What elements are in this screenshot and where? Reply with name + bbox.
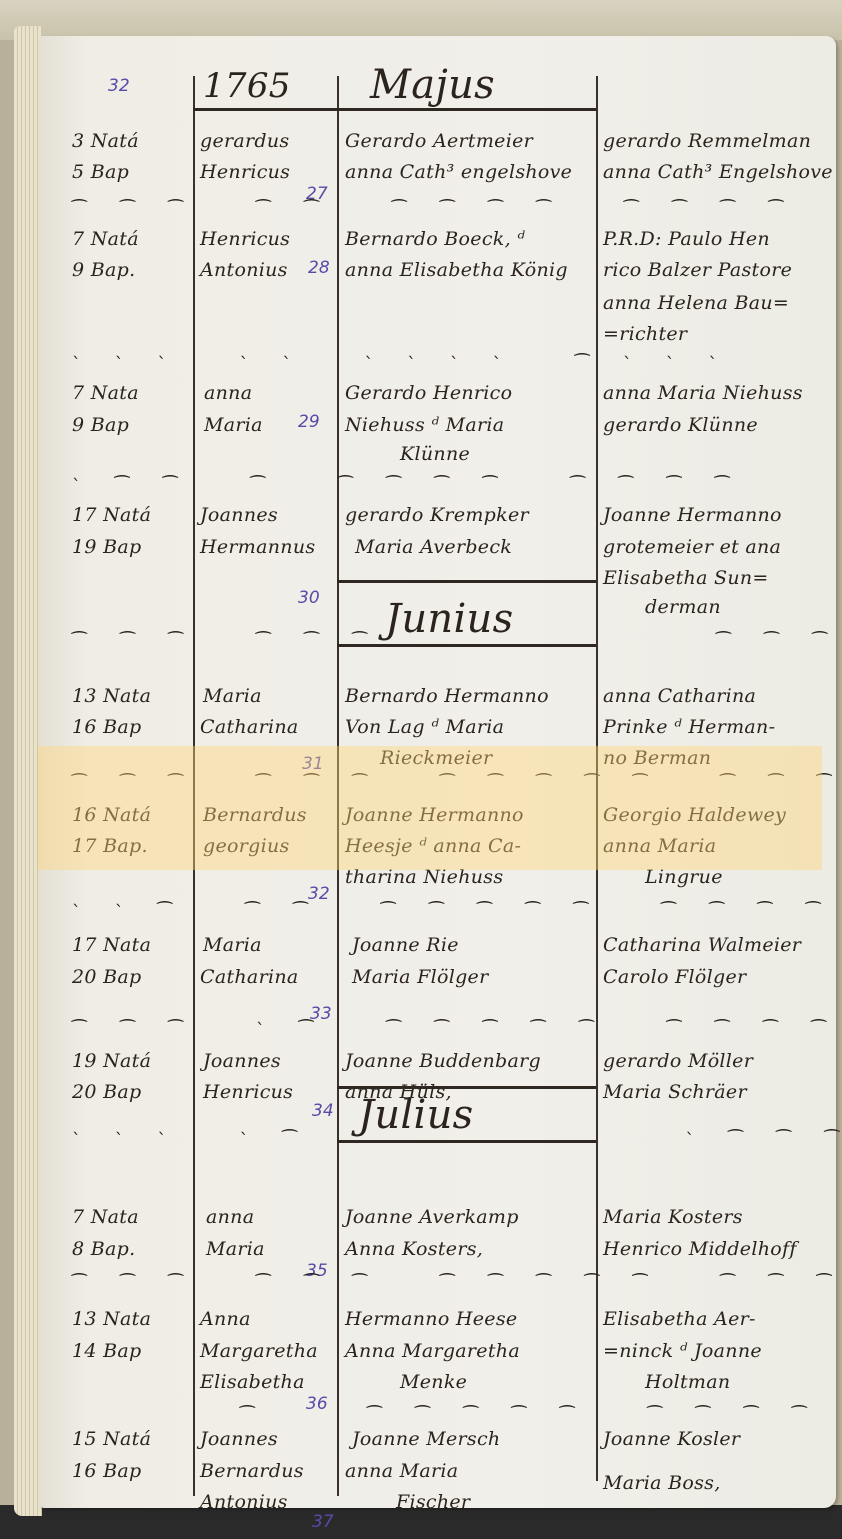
separator-dashes: ⁀ ⁀ ⁀ ⁀ ⁀ ⁀ ⁀ ⁀ ⁀ ⁀ ⁀ ⁀ ⁀ ⁀ ⁀: [72, 774, 842, 795]
entry-parents: Von Lag ᵈ Maria: [345, 712, 504, 743]
entry-parents: Gerardo Aertmeier: [345, 126, 533, 157]
separator-dashes: ˋ ⁀ ⁀ ⁀ ⁀ ⁀ ⁀ ⁀ ⁀ ⁀ ⁀ ⁀: [72, 476, 743, 497]
entry-parents: Hermanno Heese: [345, 1304, 517, 1335]
entry-child-name: Maria: [203, 930, 262, 961]
separator-dashes: ⁀ ⁀ ⁀ ⁀ ⁀ ⁀ ⁀ ⁀ ⁀ ⁀ ⁀ ⁀ ⁀ ⁀ ⁀: [72, 1274, 842, 1295]
entry-parents: Anna Margaretha: [345, 1336, 520, 1367]
entry-parents: Maria Flölger: [352, 962, 488, 993]
entry-parents: gerardo Krempker: [345, 500, 529, 531]
entry-godparents: rico Balzer Pastore: [603, 255, 792, 286]
entry-godparents: Maria Kosters: [603, 1202, 743, 1233]
entry-date-baptism: 16 Bap: [72, 1456, 141, 1487]
year-heading: 1765: [203, 66, 291, 106]
entry-godparents: anna Cath³ Engelshove: [603, 157, 833, 188]
entry-child-name: Elisabetha: [200, 1367, 305, 1398]
entry-child-name: Henricus: [200, 157, 290, 188]
entry-godparents: gerardo Remmelman: [603, 126, 811, 157]
entry-child-name: Antonius: [200, 1487, 288, 1518]
entry-parents: Bernardo Hermanno: [345, 681, 549, 712]
entry-child-name: Henricus: [203, 1077, 293, 1108]
entry-godparents: Elisabetha Aer-: [603, 1304, 756, 1335]
entry-godparents: =ninck ᵈ Joanne: [603, 1336, 762, 1367]
header-rule: [193, 108, 596, 111]
entry-godparents: anna Maria Niehuss: [603, 378, 803, 409]
entry-parents: Anna Kosters,: [345, 1234, 483, 1265]
entry-child-name: Margaretha: [200, 1336, 318, 1367]
entry-date-birth: 17 Nata: [72, 930, 151, 961]
entry-folio-number: 34: [312, 1101, 334, 1121]
entry-child-name: Joannes: [203, 1046, 281, 1077]
entry-child-name: anna: [206, 1202, 254, 1233]
entry-godparents: Georgio Haldewey: [603, 800, 786, 831]
entry-date-birth: 7 Natá: [72, 224, 139, 255]
julius-rule-top: [337, 1086, 596, 1089]
entry-godparents: Prinke ᵈ Herman-: [603, 712, 775, 743]
entry-child-name: Anna: [200, 1304, 251, 1335]
entry-godparents: Maria Boss,: [603, 1468, 721, 1499]
entry-child-name: Antonius: [200, 255, 288, 286]
month-heading-majus: Majus: [370, 62, 495, 108]
entry-date-birth: 13 Nata: [72, 1304, 151, 1335]
entry-godparents: no Berman: [603, 743, 711, 774]
entry-date-birth: 15 Natá: [72, 1424, 151, 1455]
entry-date-birth: 16 Natá: [72, 800, 151, 831]
separator-dashes: ˋ ˋ ˋ ˋ ˋ ˋ ˋ ˋ ˋ ⁀ ˋ ˋ ˋ: [72, 354, 731, 375]
entry-parents: Gerardo Henrico: [345, 378, 512, 409]
entry-folio-number: 37: [312, 1512, 334, 1532]
entry-date-baptism: 19 Bap: [72, 532, 141, 563]
entry-parents: Klünne: [400, 439, 470, 470]
entry-godparents: Joanne Kosler: [603, 1424, 740, 1455]
entry-godparents: Catharina Walmeier: [603, 930, 801, 961]
entry-godparents: derman: [645, 592, 721, 623]
entry-date-birth: 7 Nata: [72, 1202, 139, 1233]
entry-godparents: Carolo Flölger: [603, 962, 746, 993]
entry-godparents: Elisabetha Sun=: [603, 563, 769, 594]
entry-date-baptism: 14 Bap: [72, 1336, 141, 1367]
entry-folio-number: 32: [308, 884, 330, 904]
entry-godparents: anna Maria: [603, 831, 716, 862]
entry-parents: Joanne Rie: [352, 930, 459, 961]
entry-parents: Joanne Averkamp: [345, 1202, 519, 1233]
entry-date-birth: 3 Natá: [72, 126, 139, 157]
entry-child-name: Joannes: [200, 500, 278, 531]
entry-parents: anna Elisabetha König: [345, 255, 568, 286]
separator-dashes: ˋ ˋ ⁀ ⁀ ⁀ ⁀ ⁀ ⁀ ⁀ ⁀ ⁀ ⁀ ⁀ ⁀: [72, 902, 834, 923]
entry-parents: Maria Averbeck: [355, 532, 512, 563]
junius-rule-top: [337, 580, 596, 583]
page-folio-number: 32: [108, 76, 130, 96]
entry-parents: tharina Niehuss: [345, 862, 503, 893]
entry-date-baptism: 17 Bap.: [72, 831, 148, 862]
entry-parents: anna Maria: [345, 1456, 458, 1487]
entry-parents: Menke: [400, 1367, 467, 1398]
entry-parents: Heesje ᵈ anna Ca-: [345, 831, 521, 862]
entry-child-name: gerardus: [200, 126, 289, 157]
entry-godparents: gerardo Klünne: [603, 410, 758, 441]
entry-date-baptism: 9 Bap: [72, 410, 129, 441]
entry-parents: Rieckmeier: [380, 743, 492, 774]
entry-date-baptism: 20 Bap: [72, 962, 141, 993]
entry-date-baptism: 16 Bap: [72, 712, 141, 743]
entry-child-name: Catharina: [200, 712, 299, 743]
entry-parents: Joanne Buddenbarg: [345, 1046, 541, 1077]
entry-date-baptism: 9 Bap.: [72, 255, 135, 286]
entry-date-birth: 19 Natá: [72, 1046, 151, 1077]
entry-child-name: Hermannus: [200, 532, 315, 563]
entry-parents: Niehuss ᵈ Maria: [345, 410, 504, 441]
entry-godparents: Henrico Middelhoff: [603, 1234, 797, 1265]
entry-godparents: Joanne Hermanno: [603, 500, 782, 531]
separator-dashes: ⁀ ⁀ ⁀ ˋ ⁀ ⁀ ⁀ ⁀ ⁀ ⁀ ⁀ ⁀ ⁀ ⁀: [72, 1020, 840, 1041]
entry-date-birth: 13 Nata: [72, 681, 151, 712]
entry-child-name: Bernardus: [200, 1456, 304, 1487]
page-stack-edge: [14, 26, 42, 1516]
entry-godparents: Maria Schräer: [603, 1077, 747, 1108]
entry-child-name: Maria: [203, 681, 262, 712]
entry-godparents: Lingrue: [645, 862, 723, 893]
entry-godparents: =richter: [603, 319, 687, 350]
entry-date-baptism: 20 Bap: [72, 1077, 141, 1108]
entry-date-birth: 17 Natá: [72, 500, 151, 531]
entry-date-birth: 7 Nata: [72, 378, 139, 409]
entry-godparents: gerardo Möller: [603, 1046, 753, 1077]
entry-parents: Bernardo Boeck, ᵈ: [345, 224, 525, 255]
entry-date-baptism: 8 Bap.: [72, 1234, 135, 1265]
entry-godparents: Holtman: [645, 1367, 730, 1398]
entry-child-name: Henricus: [200, 224, 290, 255]
scanner-backdrop-top: [0, 0, 842, 40]
entry-parents: Joanne Mersch: [352, 1424, 500, 1455]
entry-child-name: Catharina: [200, 962, 299, 993]
entry-folio-number: 30: [298, 588, 320, 608]
entry-folio-number: 31: [302, 754, 324, 774]
entry-folio-number: 28: [308, 258, 330, 278]
entry-parents: anna Cath³ engelshove: [345, 157, 572, 188]
register-page: 32 1765 Majus 3 Natá 5 Bap gerardus Henr…: [40, 36, 836, 1508]
entry-child-name: Maria: [204, 410, 263, 441]
separator-dashes: ˋ ˋ ˋ ˋ ⁀ ˋ ⁀ ⁀ ⁀: [72, 1130, 842, 1151]
separator-dashes: ⁀ ⁀ ⁀ ⁀ ⁀ ⁀ ⁀ ⁀ ⁀ ⁀ ⁀ ⁀ ⁀: [72, 200, 797, 221]
separator-dashes: ⁀ ⁀ ⁀ ⁀ ⁀ ⁀ ⁀ ⁀ ⁀ ⁀: [72, 632, 842, 653]
entry-child-name: Bernardus: [203, 800, 307, 831]
entry-godparents: grotemeier et ana: [603, 532, 781, 563]
entry-godparents: P.R.D: Paulo Hen: [603, 224, 770, 255]
entry-godparents: anna Catharina: [603, 681, 756, 712]
entry-child-name: georgius: [203, 831, 290, 862]
entry-godparents: anna Helena Bau=: [603, 288, 789, 319]
entry-child-name: Maria: [206, 1234, 265, 1265]
entry-child-name: anna: [204, 378, 252, 409]
entry-date-baptism: 5 Bap: [72, 157, 129, 188]
entry-folio-number: 29: [298, 412, 320, 432]
entry-parents: Joanne Hermanno: [345, 800, 524, 831]
entry-child-name: Joannes: [200, 1424, 278, 1455]
entry-parents: Fischer: [396, 1487, 470, 1518]
